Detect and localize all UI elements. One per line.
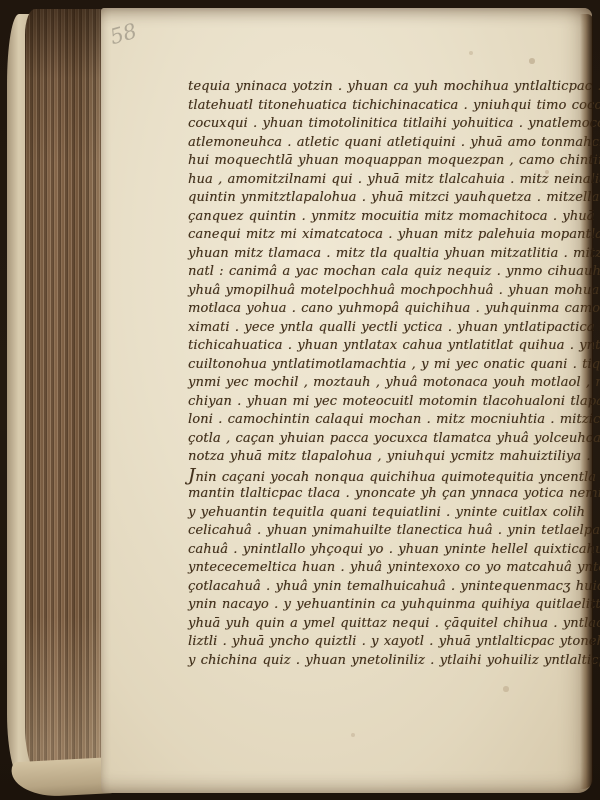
manuscript-line: liztli . yhuā yncho quiztli . y xayotl .… <box>188 633 588 652</box>
manuscript-line: y yehuantin tequitla quani tequiatlini .… <box>188 504 588 523</box>
manuscript-line: cocuxqui . yhuan timotolinitica titlaihi… <box>188 115 588 134</box>
manuscript-line: tlatehuatl titonehuatica tichichinacatic… <box>188 97 588 116</box>
manuscript-line: çanquez quintin . ynmitz mocuitia mitz m… <box>188 208 588 227</box>
manuscript-line: ynin nacayo . y yehuantinin ca yuhquinma… <box>188 596 588 615</box>
manuscript-line: çotlacahuâ . yhuâ ynin temalhuicahuâ . y… <box>188 578 588 597</box>
paragraph-1: tequia yninaca yotzin . yhuan ca yuh moc… <box>188 78 588 467</box>
manuscript-line: çotla , caçan yhuian pacca yocuxca tlama… <box>188 430 588 449</box>
manuscript-line: celicahuâ . yhuan ynimahuilte tlanectica… <box>188 522 588 541</box>
manuscript-line: yhuâ ymopilhuâ motelpochhuâ mochpochhuâ … <box>188 282 588 301</box>
manuscript-line: yntececemeltica huan . yhuâ ynintexoxo c… <box>188 559 588 578</box>
manuscript-line: Jnin caçani yocah nonqua quichihua quimo… <box>188 467 588 486</box>
manuscript-line: quintin ynmitztlapalohua . yhuā mitzci y… <box>188 189 588 208</box>
manuscript-line: motlaca yohua . cano yuhmopâ quichihua .… <box>188 300 588 319</box>
manuscript-line: loni . camochintin calaqui mochan . mitz… <box>188 411 588 430</box>
manuscript-line: ynmi yec mochil , moztauh , yhuâ motonac… <box>188 374 588 393</box>
manuscript-photo: 58 tequia yninaca yotzin . yhuan ca yuh … <box>0 0 600 800</box>
manuscript-line: hui moquechtlā yhuan moquappan moquezpan… <box>188 152 588 171</box>
manuscript-line: y chichina quiz . yhuan ynetoliniliz . y… <box>188 652 588 671</box>
manuscript-line: atlemoneuhca . atletic quani atletiquini… <box>188 134 588 153</box>
folio-number: 58 <box>107 19 139 49</box>
manuscript-line: chiyan . yhuan mi yec moteocuitl motomin… <box>188 393 588 412</box>
stain-spots <box>0 0 2 2</box>
paragraph-2: Jnin caçani yocah nonqua quichihua quimo… <box>188 467 588 671</box>
manuscript-line: tequia yninaca yotzin . yhuan ca yuh moc… <box>188 78 588 97</box>
manuscript-line: yhuan mitz tlamaca . mitz tla qualtia yh… <box>188 245 588 264</box>
page-edge-stack <box>25 9 111 787</box>
manuscript-line: cuiltonohua yntlatimotlamachtia , y mi y… <box>188 356 588 375</box>
text-block: tequia yninaca yotzin . yhuan ca yuh moc… <box>188 78 588 670</box>
right-page-curl <box>580 14 593 789</box>
manuscript-line: hua , amomitzilnami qui . yhuā mitz tlal… <box>188 171 588 190</box>
manuscript-line: tichicahuatica . yhuan yntlatax cahua yn… <box>188 337 588 356</box>
manuscript-line: mantin tlalticpac tlaca . ynoncate yh ça… <box>188 485 588 504</box>
manuscript-line: canequi mitz mi ximatcatoca . yhuan mitz… <box>188 226 588 245</box>
manuscript-line: ximati . yece yntla qualli yectli yctica… <box>188 319 588 338</box>
manuscript-line: natl : canimâ a yac mochan cala quiz neq… <box>188 263 588 282</box>
manuscript-line: yhuā yuh quin a ymel quittaz nequi . çāq… <box>188 615 588 634</box>
manuscript-line: cahuâ . ynintlallo yhçoqui yo . yhuan yn… <box>188 541 588 560</box>
manuscript-line: notza yhuā mitz tlapalohua , yniuhqui yc… <box>188 448 588 467</box>
manuscript-page: 58 tequia yninaca yotzin . yhuan ca yuh … <box>101 8 592 793</box>
